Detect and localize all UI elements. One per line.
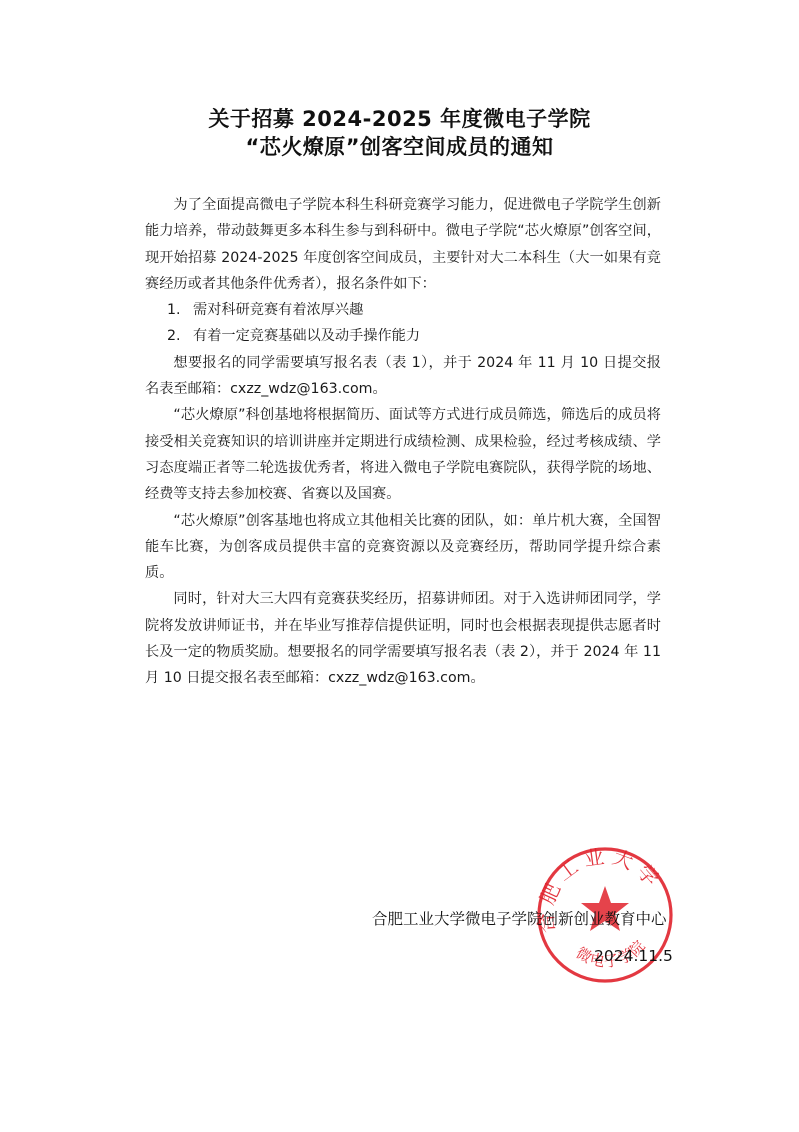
teams-paragraph: “芯火燎原”创客基地也将成立其他相关比赛的团队，如：单片机大赛，全国智能车比赛，…: [145, 508, 661, 587]
requirement-number: 1.: [167, 297, 193, 323]
requirement-item-2: 2.有着一定竞赛基础以及动手操作能力: [145, 323, 661, 349]
intro-paragraph: 为了全面提高微电子学院本科生科研竞赛学习能力，促进微电子学院学生创新能力培养，带…: [145, 192, 661, 297]
issuer-signature: 合肥工业大学微电子学院创新创业教育中心: [372, 907, 667, 929]
document-title-line2: “芯火燎原”创客空间成员的通知: [0, 131, 799, 161]
requirement-item-1: 1.需对科研竞赛有着浓厚兴趣: [145, 297, 661, 323]
registration-paragraph: 想要报名的同学需要填写报名表（表 1），并于 2024 年 11 月 10 日提…: [145, 350, 661, 403]
requirement-text: 有着一定竞赛基础以及动手操作能力: [193, 328, 420, 344]
lecturer-paragraph: 同时，针对大三大四有竞赛获奖经历，招募讲师团。对于入选讲师团同学，学院将发放讲师…: [145, 586, 661, 691]
document-page: 关于招募 2024-2025 年度微电子学院 “芯火燎原”创客空间成员的通知 为…: [0, 0, 799, 1132]
issue-date: 2024.11.5: [594, 947, 673, 965]
document-title-line1: 关于招募 2024-2025 年度微电子学院: [0, 103, 799, 133]
selection-paragraph: “芯火燎原”科创基地将根据简历、面试等方式进行成员筛选，筛选后的成员将接受相关竞…: [145, 402, 661, 507]
document-body: 为了全面提高微电子学院本科生科研竞赛学习能力，促进微电子学院学生创新能力培养，带…: [145, 192, 661, 692]
requirement-text: 需对科研竞赛有着浓厚兴趣: [193, 302, 363, 318]
requirement-number: 2.: [167, 323, 193, 349]
